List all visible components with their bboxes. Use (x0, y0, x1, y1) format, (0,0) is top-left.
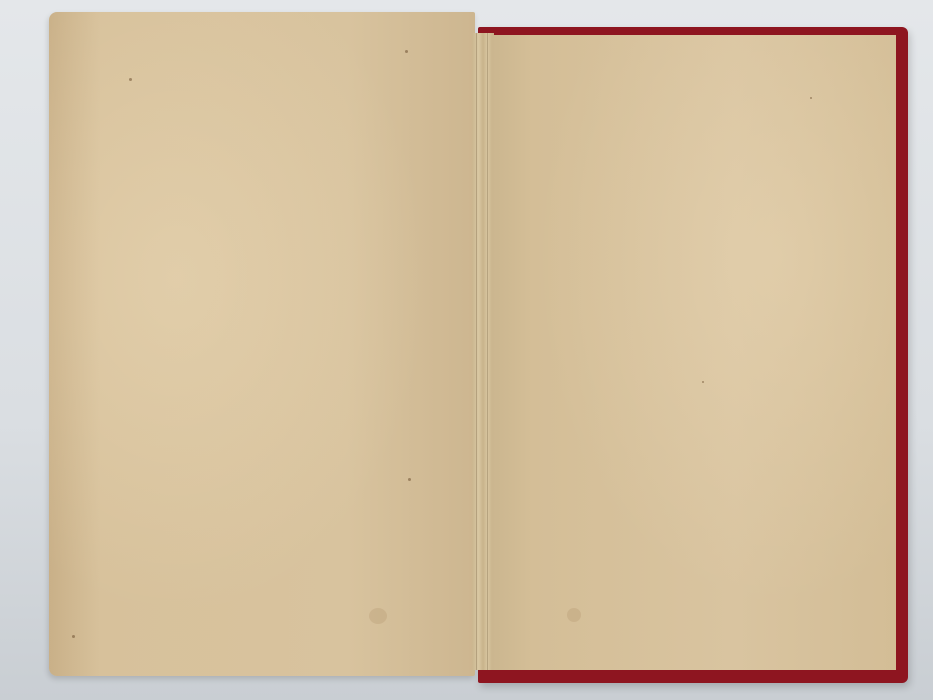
right-page-blank (492, 35, 896, 670)
foxing-spot (72, 635, 75, 638)
stain (369, 608, 387, 624)
stain (567, 608, 581, 622)
foxing-spot (702, 381, 704, 383)
foxing-spot (405, 50, 408, 53)
foxing-spot (408, 478, 411, 481)
book-photo (0, 0, 933, 700)
foxing-spot (129, 78, 132, 81)
left-page-blank (49, 12, 475, 676)
foxing-spot (810, 97, 812, 99)
book-gutter (472, 33, 494, 670)
